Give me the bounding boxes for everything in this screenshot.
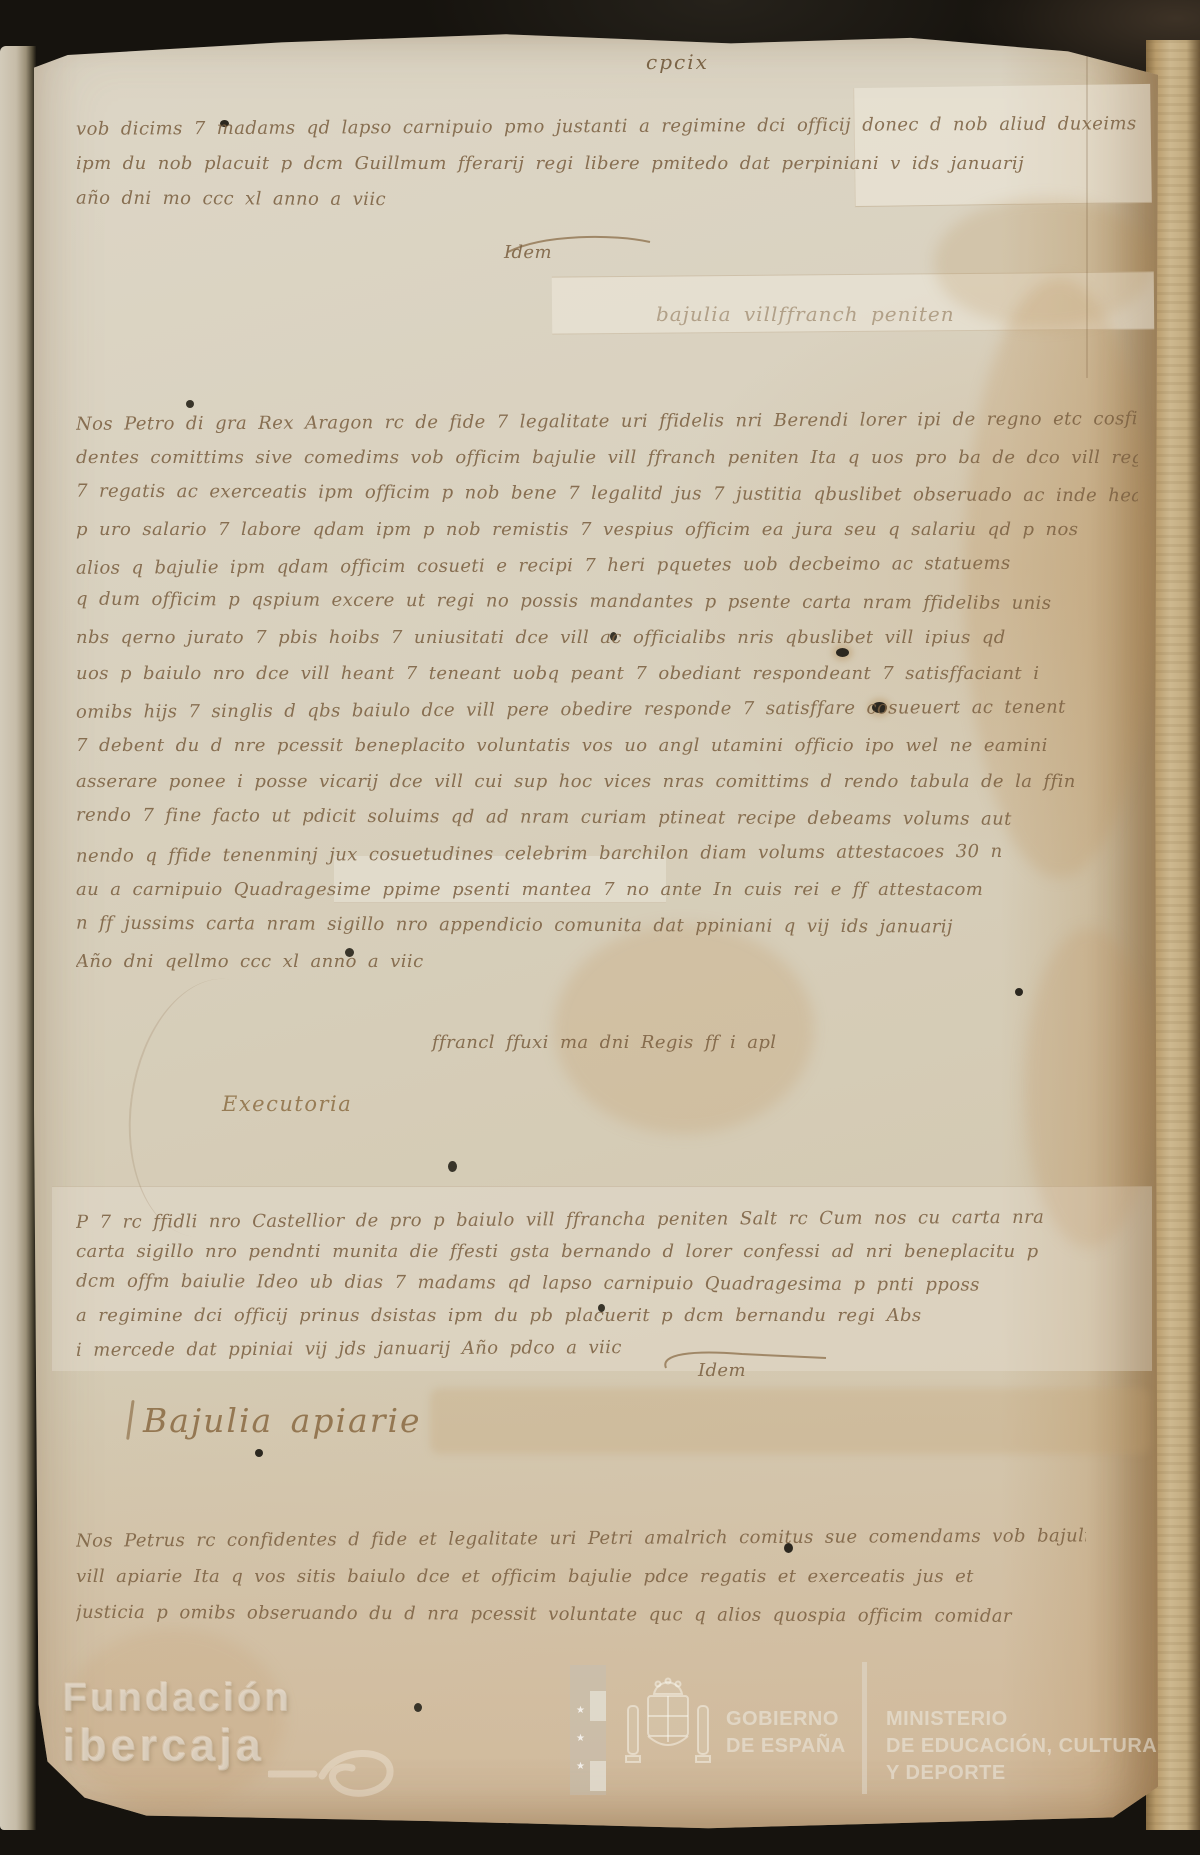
idem-mark: Idem — [504, 230, 654, 263]
manuscript-line: q dum officim p qspium excere ut regi no… — [76, 582, 1138, 623]
manuscript-line: p uro salario 7 labore qdam ipm p nob re… — [76, 512, 1138, 548]
rubric-label: Bajulia apiarie — [143, 1401, 422, 1440]
manuscript-line: asserare ponee i posse vicarij dce vill … — [76, 764, 1138, 800]
manuscript-line: rendo 7 fine facto ut pdicit soluims qd … — [76, 798, 1138, 839]
wormhole — [255, 1449, 263, 1457]
manuscript-line: omibs hijs 7 singlis d qbs baiulo dce vi… — [76, 689, 1138, 731]
manuscript-line: Año dni qellmo ccc xl anno a viic — [76, 944, 1138, 980]
idem-label: Idem — [698, 1360, 746, 1381]
manuscript-line: nendo q ffide tenenminj jux cosuetudines… — [76, 833, 1138, 875]
manuscript-line: P 7 rc ffidli nro Castellior de pro p ba… — [76, 1204, 1176, 1239]
manuscript-line: au a carnipuio Quadragesime ppime psenti… — [76, 872, 1138, 908]
manuscript-line: alios q bajulie ipm qdam officim cosueti… — [76, 545, 1138, 587]
manuscript-line: n ff jussims carta nram sigillo nro appe… — [76, 906, 1138, 947]
manuscript-line: 7 regatis ac exerceatis ipm officim p no… — [76, 474, 1138, 515]
manuscript-line: dcm offm baiulie Ideo ub dias 7 madams q… — [76, 1266, 1176, 1303]
manuscript-line: Nos Petrus rc confidentes d fide et lega… — [76, 1520, 1086, 1561]
manuscript-line: i mercede dat ppiniai vij jds januarij A… — [76, 1329, 1176, 1364]
manuscript-line: carta sigillo nro pendnti munita die ffe… — [76, 1236, 1176, 1268]
marginal-note-executoria: Executoria — [222, 1092, 352, 1116]
manuscript-line: a regimine dci officij prinus dsistas ip… — [76, 1300, 1176, 1332]
folio-number: cpcix — [646, 50, 709, 74]
previous-page-edge — [0, 46, 36, 1830]
rubric-bajulia-villafranca: bajulia villffranch peniten — [656, 302, 955, 326]
manuscript-line: Nos Petro di gra Rex Aragon rc de fide 7… — [76, 404, 1138, 443]
manuscript-line: 7 debent du d nre pcessit beneplacito vo… — [76, 728, 1138, 764]
text-block-4: Nos Petrus rc confidentes d fide et lega… — [76, 1520, 1086, 1634]
text-block-3: P 7 rc ffidli nro Castellior de pro p ba… — [76, 1204, 1176, 1364]
rubric-bajulia-apiarie: Bajulia apiarie — [130, 1392, 422, 1440]
manuscript-line: ipm du nob placuit p dcm Guillmum fferar… — [76, 145, 1138, 182]
manuscript-line: año dni mo ccc xl anno a viic — [76, 180, 1138, 219]
idem-label: Idem — [504, 242, 552, 263]
manuscript-line: vob dicims 7 madams qd lapso carnipuio p… — [76, 108, 1138, 148]
manuscript-line: dentes comittims sive comedims vob offic… — [76, 440, 1138, 476]
wormhole — [448, 1161, 457, 1172]
manuscript-line: vill apiarie Ita q vos sitis baiulo dce … — [76, 1558, 1086, 1596]
idem-mark: Idem — [652, 1348, 832, 1381]
manuscript-line: uos p baiulo nro dce vill heant 7 tenean… — [76, 656, 1138, 692]
stain — [430, 1388, 1150, 1454]
manuscript-line: justicia p omibs obseruando du d nra pce… — [76, 1594, 1086, 1634]
text-block-1: vob dicims 7 madams qd lapso carnipuio p… — [76, 108, 1138, 219]
manuscript-line: nbs qerno jurato 7 pbis hoibs 7 uniusita… — [76, 620, 1138, 656]
text-block-2: Nos Petro di gra Rex Aragon rc de fide 7… — [76, 404, 1138, 980]
archive-scan: { "colors":{ "backdrop":"#16130e", "parc… — [0, 0, 1200, 1855]
stain — [64, 1628, 284, 1808]
wormhole — [414, 1703, 422, 1712]
chancery-signature: ffrancl ffuxi ma dni Regis ff i apl — [432, 1032, 776, 1053]
paraph-mark — [126, 1400, 135, 1440]
wormhole — [1015, 988, 1023, 996]
manuscript-page: cpcix vob dicims 7 madams qd lapso carni… — [34, 28, 1158, 1830]
